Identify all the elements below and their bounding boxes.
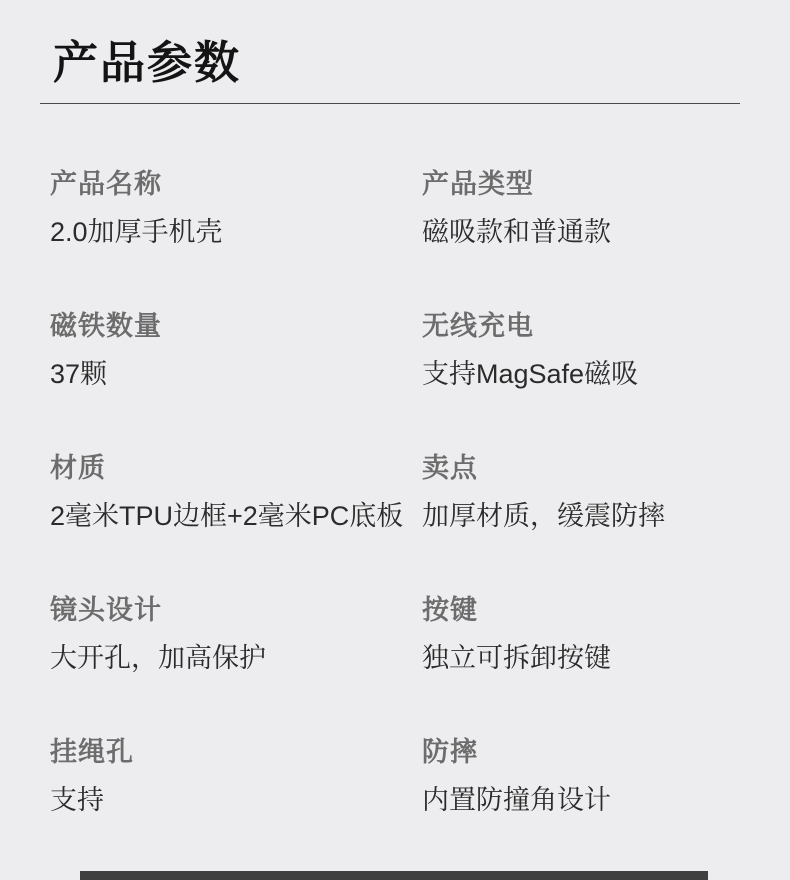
spec-label: 按键 [422, 592, 760, 628]
spec-label: 产品类型 [422, 166, 760, 202]
spec-label: 镜头设计 [50, 592, 422, 628]
spec-item-magnet-count: 磁铁数量 37颗 [50, 308, 422, 392]
spec-item-material: 材质 2毫米TPU边框+2毫米PC底板 [50, 450, 422, 534]
header: 产品参数 [0, 0, 790, 85]
spec-value: 大开孔，加高保护 [50, 640, 422, 676]
page-title: 产品参数 [53, 40, 790, 85]
title-divider [40, 103, 740, 104]
spec-item-lanyard-hole: 挂绳孔 支持 [50, 734, 422, 818]
spec-label: 磁铁数量 [50, 308, 422, 344]
spec-value: 支持MagSafe磁吸 [422, 356, 760, 392]
spec-item-lens-design: 镜头设计 大开孔，加高保护 [50, 592, 422, 676]
spec-label: 卖点 [422, 450, 760, 486]
spec-value: 独立可拆卸按键 [422, 640, 760, 676]
spec-value: 加厚材质，缓震防摔 [422, 498, 760, 534]
spec-item-buttons: 按键 独立可拆卸按键 [422, 592, 760, 676]
spec-label: 挂绳孔 [50, 734, 422, 770]
spec-label: 无线充电 [422, 308, 760, 344]
spec-value: 磁吸款和普通款 [422, 214, 760, 250]
spec-item-product-type: 产品类型 磁吸款和普通款 [422, 166, 760, 250]
spec-value: 支持 [50, 782, 422, 818]
spec-label: 材质 [50, 450, 422, 486]
spec-grid: 产品名称 2.0加厚手机壳 产品类型 磁吸款和普通款 磁铁数量 37颗 无线充电… [0, 166, 790, 818]
spec-value: 2.0加厚手机壳 [50, 214, 422, 250]
spec-item-selling-point: 卖点 加厚材质，缓震防摔 [422, 450, 760, 534]
spec-label: 产品名称 [50, 166, 422, 202]
spec-value: 内置防撞角设计 [422, 782, 760, 818]
spec-item-drop-protection: 防摔 内置防撞角设计 [422, 734, 760, 818]
spec-value: 2毫米TPU边框+2毫米PC底板 [50, 498, 422, 534]
spec-item-wireless-charging: 无线充电 支持MagSafe磁吸 [422, 308, 760, 392]
spec-label: 防摔 [422, 734, 760, 770]
spec-value: 37颗 [50, 356, 422, 392]
spec-item-product-name: 产品名称 2.0加厚手机壳 [50, 166, 422, 250]
bottom-divider-bar [80, 871, 708, 880]
